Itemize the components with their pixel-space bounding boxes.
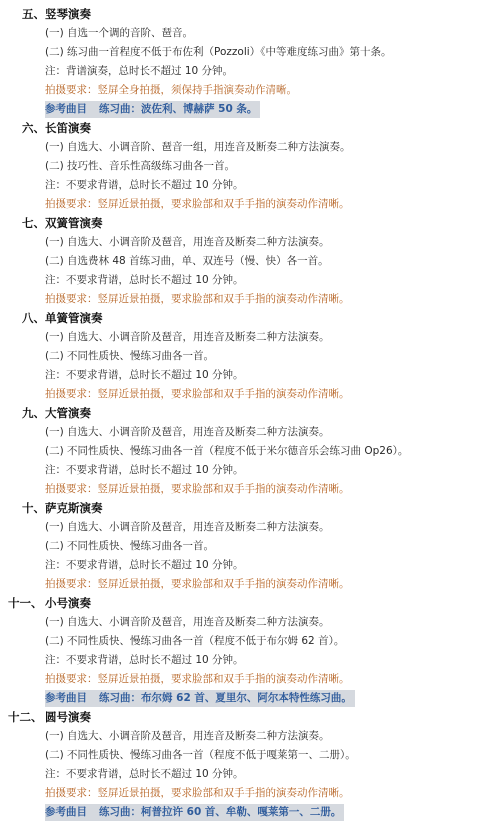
section-number: 五、 — [22, 5, 45, 24]
filming-requirement: 拍摄要求：竖屏近景拍摄，要求脸部和双手手指的演奏动作清晰。 — [0, 385, 488, 404]
item-line: (二) 不同性质快、慢练习曲各一首。 — [0, 537, 488, 556]
section-heading: 九、 大管演奏 — [0, 404, 488, 423]
filming-requirement: 拍摄要求：竖屏近景拍摄，要求脸部和双手手指的演奏动作清晰。 — [0, 575, 488, 594]
section-title: 长笛演奏 — [45, 119, 91, 138]
reference-text: 练习曲：波佐利、博赫萨 50 条。 — [99, 103, 257, 115]
section-heading: 十、 萨克斯演奏 — [0, 499, 488, 518]
section-title: 小号演奏 — [45, 594, 91, 613]
section-title: 双簧管演奏 — [45, 214, 103, 233]
section-title: 单簧管演奏 — [45, 309, 103, 328]
item-line: (一) 自选大、小调音阶、琶音一组，用连音及断奏二种方法演奏。 — [0, 138, 488, 157]
reference-label: 参考曲目 — [45, 103, 87, 115]
note-line: 注：背谱演奏，总时长不超过 10 分钟。 — [0, 62, 488, 81]
item-line: (一) 自选大、小调音阶及琶音，用连音及断奏二种方法演奏。 — [0, 518, 488, 537]
item-line: (二) 技巧性、音乐性高级练习曲各一首。 — [0, 157, 488, 176]
item-line: (二) 不同性质快、慢练习曲各一首。 — [0, 347, 488, 366]
section-flute: 六、 长笛演奏 (一) 自选大、小调音阶、琶音一组，用连音及断奏二种方法演奏。 … — [0, 119, 488, 214]
item-line: (一) 自选大、小调音阶及琶音，用连音及断奏二种方法演奏。 — [0, 328, 488, 347]
section-number: 九、 — [22, 404, 45, 423]
section-bassoon: 九、 大管演奏 (一) 自选大、小调音阶及琶音，用连音及断奏二种方法演奏。 (二… — [0, 404, 488, 499]
note-line: 注：不要求背谱，总时长不超过 10 分钟。 — [0, 651, 488, 670]
filming-requirement: 拍摄要求：竖屏近景拍摄，要求脸部和双手手指的演奏动作清晰。 — [0, 480, 488, 499]
section-heading: 七、 双簧管演奏 — [0, 214, 488, 233]
note-line: 注：不要求背谱，总时长不超过 10 分钟。 — [0, 461, 488, 480]
item-line: (一) 自选大、小调音阶及琶音，用连音及断奏二种方法演奏。 — [0, 423, 488, 442]
document-body: 五、 竖琴演奏 (一) 自选一个调的音阶、琶音。 (二) 练习曲一首程度不低于布… — [0, 0, 488, 822]
section-title: 圆号演奏 — [45, 708, 91, 727]
item-line: (一) 自选一个调的音阶、琶音。 — [0, 24, 488, 43]
section-trumpet: 十一、 小号演奏 (一) 自选大、小调音阶及琶音，用连音及断奏二种方法演奏。 (… — [0, 594, 488, 708]
note-line: 注：不要求背谱，总时长不超过 10 分钟。 — [0, 271, 488, 290]
note-line: 注：不要求背谱，总时长不超过 10 分钟。 — [0, 366, 488, 385]
section-number: 八、 — [22, 309, 45, 328]
section-number: 十二、 — [8, 708, 43, 727]
item-line: (二) 自选费林 48 首练习曲，单、双连号（慢、快）各一首。 — [0, 252, 488, 271]
section-heading: 八、 单簧管演奏 — [0, 309, 488, 328]
filming-requirement: 拍摄要求：竖屏近景拍摄，要求脸部和双手手指的演奏动作清晰。 — [0, 670, 488, 689]
highlight: 参考曲目练习曲：布尔姆 62 首、夏里尔、阿尔本特性练习曲。 — [45, 690, 355, 707]
filming-requirement: 拍摄要求：竖屏近景拍摄，要求脸部和双手手指的演奏动作清晰。 — [0, 290, 488, 309]
filming-requirement: 拍摄要求：竖屏近景拍摄，要求脸部和双手手指的演奏动作清晰。 — [0, 195, 488, 214]
section-clarinet: 八、 单簧管演奏 (一) 自选大、小调音阶及琶音，用连音及断奏二种方法演奏。 (… — [0, 309, 488, 404]
note-line: 注：不要求背谱，总时长不超过 10 分钟。 — [0, 556, 488, 575]
highlight: 参考曲目练习曲：柯普拉许 60 首、牟勒、嘎莱第一、二册。 — [45, 804, 344, 821]
section-title: 大管演奏 — [45, 404, 91, 423]
highlight: 参考曲目练习曲：波佐利、博赫萨 50 条。 — [45, 101, 260, 118]
section-heading: 五、 竖琴演奏 — [0, 5, 488, 24]
item-line: (二) 不同性质快、慢练习曲各一首（程度不低于布尔姆 62 首）。 — [0, 632, 488, 651]
item-line: (二) 不同性质快、慢练习曲各一首（程度不低于嘎莱第一、二册）。 — [0, 746, 488, 765]
reference-text: 练习曲：布尔姆 62 首、夏里尔、阿尔本特性练习曲。 — [99, 692, 352, 704]
item-line: (一) 自选大、小调音阶及琶音，用连音及断奏二种方法演奏。 — [0, 613, 488, 632]
reference-label: 参考曲目 — [45, 692, 87, 704]
section-number: 十、 — [22, 499, 45, 518]
section-number: 十一、 — [8, 594, 43, 613]
reference-repertoire: 参考曲目练习曲：波佐利、博赫萨 50 条。 — [0, 100, 488, 119]
section-title: 竖琴演奏 — [45, 5, 91, 24]
reference-label: 参考曲目 — [45, 806, 87, 818]
section-number: 六、 — [22, 119, 45, 138]
item-line: (二) 不同性质快、慢练习曲各一首（程度不低于米尔德音乐会练习曲 Op26）。 — [0, 442, 488, 461]
section-heading: 十一、 小号演奏 — [0, 594, 488, 613]
reference-repertoire: 参考曲目练习曲：布尔姆 62 首、夏里尔、阿尔本特性练习曲。 — [0, 689, 488, 708]
section-oboe: 七、 双簧管演奏 (一) 自选大、小调音阶及琶音，用连音及断奏二种方法演奏。 (… — [0, 214, 488, 309]
item-line: (一) 自选大、小调音阶及琶音，用连音及断奏二种方法演奏。 — [0, 233, 488, 252]
section-title: 萨克斯演奏 — [45, 499, 103, 518]
reference-repertoire: 参考曲目练习曲：柯普拉许 60 首、牟勒、嘎莱第一、二册。 — [0, 803, 488, 822]
note-line: 注：不要求背谱，总时长不超过 10 分钟。 — [0, 765, 488, 784]
note-line: 注：不要求背谱，总时长不超过 10 分钟。 — [0, 176, 488, 195]
section-number: 七、 — [22, 214, 45, 233]
item-line: (一) 自选大、小调音阶及琶音，用连音及断奏二种方法演奏。 — [0, 727, 488, 746]
item-line: (二) 练习曲一首程度不低于布佐利（Pozzoli）《中等难度练习曲》第十条。 — [0, 43, 488, 62]
filming-requirement: 拍摄要求：竖屏近景拍摄，要求脸部和双手手指的演奏动作清晰。 — [0, 784, 488, 803]
filming-requirement: 拍摄要求：竖屏全身拍摄，须保持手指演奏动作清晰。 — [0, 81, 488, 100]
section-heading: 六、 长笛演奏 — [0, 119, 488, 138]
reference-text: 练习曲：柯普拉许 60 首、牟勒、嘎莱第一、二册。 — [99, 806, 341, 818]
section-saxophone: 十、 萨克斯演奏 (一) 自选大、小调音阶及琶音，用连音及断奏二种方法演奏。 (… — [0, 499, 488, 594]
section-french-horn: 十二、 圆号演奏 (一) 自选大、小调音阶及琶音，用连音及断奏二种方法演奏。 (… — [0, 708, 488, 822]
section-harp: 五、 竖琴演奏 (一) 自选一个调的音阶、琶音。 (二) 练习曲一首程度不低于布… — [0, 5, 488, 119]
section-heading: 十二、 圆号演奏 — [0, 708, 488, 727]
